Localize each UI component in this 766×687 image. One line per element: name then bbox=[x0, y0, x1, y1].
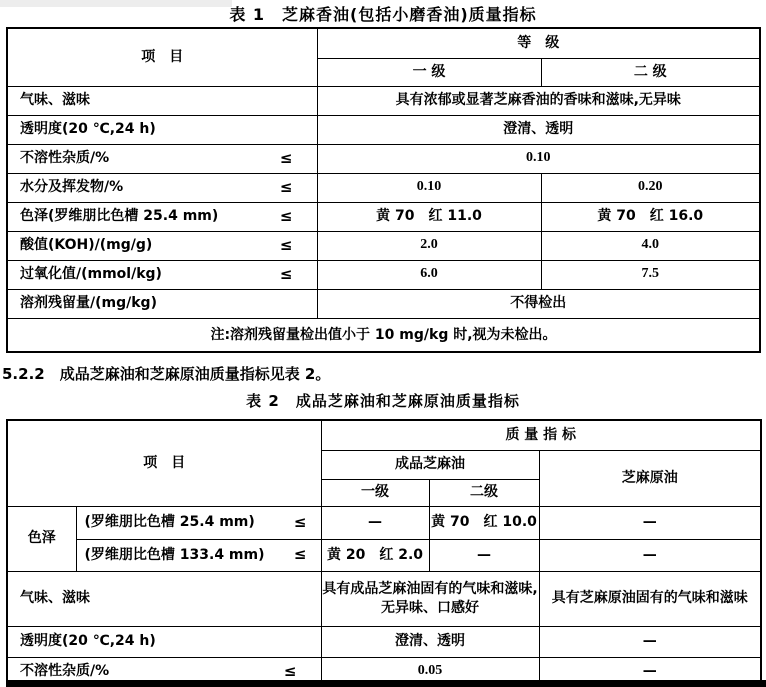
item-label: 水分及挥发物/% bbox=[20, 178, 123, 196]
item-label-cell: (罗维朋比色槽 25.4 mm)≤ bbox=[76, 506, 321, 539]
table-row: 不溶性杂质/%≤ 0.10 bbox=[7, 144, 760, 173]
table1-header-grade2: 二 级 bbox=[541, 58, 760, 86]
table1-title: 表 1 芝麻香油(包括小磨香油)质量指标 bbox=[0, 2, 766, 25]
table-row: 色泽 (罗维朋比色槽 25.4 mm)≤ — 黄 70 红 10.0 — bbox=[7, 506, 761, 539]
seze-group-label: 色泽 bbox=[7, 506, 76, 571]
table1-header-grade1: 一 级 bbox=[317, 58, 541, 86]
value-cell: 不得检出 bbox=[317, 289, 760, 318]
grade2-value-cell: 0.20 bbox=[541, 173, 760, 202]
table1-header-item: 项 目 bbox=[7, 28, 317, 86]
item-label: 色泽(罗维朋比色槽 25.4 mm) bbox=[20, 207, 218, 225]
item-label: 不溶性杂质/% bbox=[20, 149, 109, 167]
table-row: 气味、滋味 具有成品芝麻油固有的气味和滋味,无异味、口感好 具有芝麻原油固有的气… bbox=[7, 571, 761, 626]
item-label: 气味、滋味 bbox=[20, 91, 90, 109]
grade2-value-cell: 黄 70 红 16.0 bbox=[541, 202, 760, 231]
grade2-value-cell: 7.5 bbox=[541, 260, 760, 289]
table1-note: 注:溶剂残留量检出值小于 10 mg/kg 时,视为未检出。 bbox=[7, 318, 760, 352]
item-label: (罗维朋比色槽 133.4 mm) bbox=[85, 546, 265, 564]
table2-header-crude: 芝麻原油 bbox=[539, 450, 761, 506]
table2-header-item: 项 目 bbox=[7, 420, 321, 506]
table2-header-grade1: 一级 bbox=[321, 479, 429, 506]
leq-symbol: ≤ bbox=[294, 513, 307, 533]
item-label-cell: 透明度(20 ℃,24 h) bbox=[7, 626, 321, 657]
table-row: 水分及挥发物/%≤ 0.10 0.20 bbox=[7, 173, 760, 202]
table2-title: 表 2 成品芝麻油和芝麻原油质量指标 bbox=[0, 390, 766, 411]
item-label-cell: 水分及挥发物/%≤ bbox=[7, 173, 317, 202]
item-label-cell: 溶剂残留量/(mg/kg) bbox=[7, 289, 317, 318]
crude-value-cell: — bbox=[539, 539, 761, 571]
grade2-value-cell: — bbox=[429, 539, 539, 571]
item-label: 不溶性杂质/% bbox=[20, 662, 109, 680]
grade1-value-cell: 6.0 bbox=[317, 260, 541, 289]
item-label-cell: 酸值(KOH)/(mg/g)≤ bbox=[7, 231, 317, 260]
grade2-value-cell: 黄 70 红 10.0 bbox=[429, 506, 539, 539]
leq-symbol: ≤ bbox=[280, 149, 293, 169]
item-label: 透明度(20 ℃,24 h) bbox=[20, 120, 156, 138]
table2-bottom-cutoff-bar bbox=[6, 680, 766, 687]
leq-symbol: ≤ bbox=[280, 265, 293, 285]
table-row: 溶剂残留量/(mg/kg) 不得检出 bbox=[7, 289, 760, 318]
item-label: (罗维朋比色槽 25.4 mm) bbox=[85, 513, 255, 531]
table-row: 透明度(20 ℃,24 h) 澄清、透明 bbox=[7, 115, 760, 144]
table-row: 色泽(罗维朋比色槽 25.4 mm)≤ 黄 70 红 11.0 黄 70 红 1… bbox=[7, 202, 760, 231]
leq-symbol: ≤ bbox=[280, 207, 293, 227]
grade2-value-cell: 4.0 bbox=[541, 231, 760, 260]
value-cell: 0.10 bbox=[317, 144, 760, 173]
item-label-cell: 气味、滋味 bbox=[7, 571, 321, 626]
table-row: 气味、滋味 具有浓郁或显著芝麻香油的香味和滋味,无异味 bbox=[7, 86, 760, 115]
item-label-cell: (罗维朋比色槽 133.4 mm)≤ bbox=[76, 539, 321, 571]
table1: 项 目 等 级 一 级 二 级 气味、滋味 具有浓郁或显著芝麻香油的香味和滋味,… bbox=[6, 27, 761, 353]
table-row: (罗维朋比色槽 133.4 mm)≤ 黄 20 红 2.0 — — bbox=[7, 539, 761, 571]
leq-symbol: ≤ bbox=[280, 178, 293, 198]
document-page: 表 1 芝麻香油(包括小磨香油)质量指标 项 目 等 级 一 级 二 级 气味、… bbox=[0, 0, 766, 687]
table2: 项 目 质 量 指 标 成品芝麻油 芝麻原油 一级 二级 色泽 (罗维朋比色槽 … bbox=[6, 419, 762, 687]
table2-header-finished: 成品芝麻油 bbox=[321, 450, 539, 479]
value-cell: 澄清、透明 bbox=[317, 115, 760, 144]
crude-value-cell: — bbox=[539, 506, 761, 539]
item-label: 透明度(20 ℃,24 h) bbox=[20, 632, 156, 650]
grade1-value-cell: 黄 20 红 2.0 bbox=[321, 539, 429, 571]
table1-header-grade: 等 级 bbox=[317, 28, 760, 58]
grade1-value-cell: 黄 70 红 11.0 bbox=[317, 202, 541, 231]
grade1-value-cell: 0.10 bbox=[317, 173, 541, 202]
item-label: 溶剂残留量/(mg/kg) bbox=[20, 294, 157, 312]
crude-value-cell: 具有芝麻原油固有的气味和滋味 bbox=[539, 571, 761, 626]
item-label: 气味、滋味 bbox=[20, 589, 90, 607]
item-label-cell: 透明度(20 ℃,24 h) bbox=[7, 115, 317, 144]
table-row: 过氧化值/(mmol/kg)≤ 6.0 7.5 bbox=[7, 260, 760, 289]
finished-value-cell: 澄清、透明 bbox=[321, 626, 539, 657]
table-note-row: 注:溶剂残留量检出值小于 10 mg/kg 时,视为未检出。 bbox=[7, 318, 760, 352]
table-row: 酸值(KOH)/(mg/g)≤ 2.0 4.0 bbox=[7, 231, 760, 260]
item-label: 酸值(KOH)/(mg/g) bbox=[20, 236, 152, 254]
item-label-cell: 气味、滋味 bbox=[7, 86, 317, 115]
value-cell: 具有浓郁或显著芝麻香油的香味和滋味,无异味 bbox=[317, 86, 760, 115]
item-label: 过氧化值/(mmol/kg) bbox=[20, 265, 162, 283]
section-5-2-2-text: 5.2.2 成品芝麻油和芝麻原油质量指标见表 2。 bbox=[2, 363, 330, 384]
item-label-cell: 过氧化值/(mmol/kg)≤ bbox=[7, 260, 317, 289]
crude-value-cell: — bbox=[539, 626, 761, 657]
item-label-cell: 色泽(罗维朋比色槽 25.4 mm)≤ bbox=[7, 202, 317, 231]
table-row: 透明度(20 ℃,24 h) 澄清、透明 — bbox=[7, 626, 761, 657]
leq-symbol: ≤ bbox=[294, 545, 307, 565]
finished-value-cell: 具有成品芝麻油固有的气味和滋味,无异味、口感好 bbox=[321, 571, 539, 626]
leq-symbol: ≤ bbox=[284, 662, 297, 682]
table2-header-quality: 质 量 指 标 bbox=[321, 420, 761, 450]
table2-header-grade2: 二级 bbox=[429, 479, 539, 506]
leq-symbol: ≤ bbox=[280, 236, 293, 256]
item-label-cell: 不溶性杂质/%≤ bbox=[7, 144, 317, 173]
grade1-value-cell: — bbox=[321, 506, 429, 539]
grade1-value-cell: 2.0 bbox=[317, 231, 541, 260]
